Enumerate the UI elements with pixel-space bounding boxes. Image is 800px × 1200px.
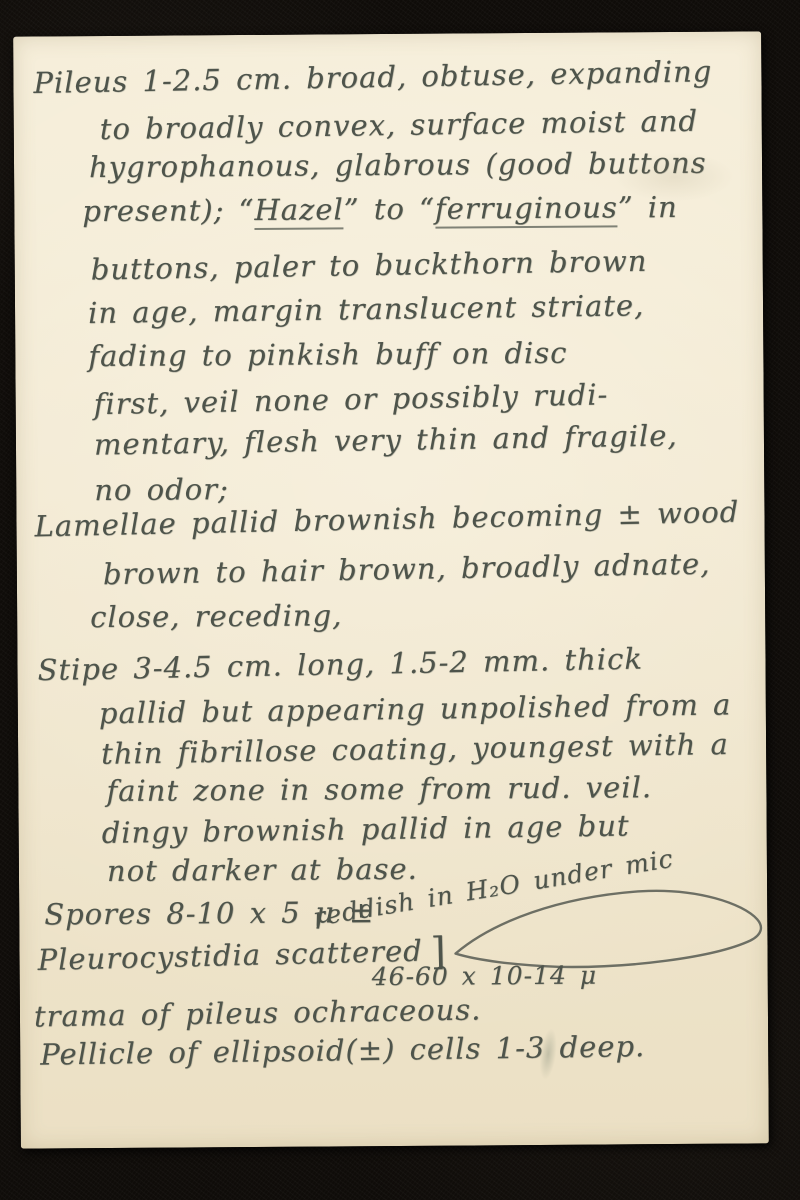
handwritten-line-pileus-7: fading to pinkish buff on disc bbox=[88, 336, 567, 373]
handwritten-line-pileus-3: hygrophanous, glabrous (good buttons bbox=[89, 146, 707, 184]
note-card: Pileus 1-2.5 cm. broad, obtuse, expandin… bbox=[13, 31, 769, 1148]
handwritten-line-pileus-6: in age, margin translucent striate, bbox=[88, 288, 645, 330]
pleurocystidia-text: Pleurocystidia scattered bbox=[37, 934, 423, 977]
handwritten-line-pellicle: Pellicle of ellipsoid(±) cells 1-3 deep. bbox=[40, 1029, 645, 1071]
handwritten-line-lamellae-2: brown to hair brown, broadly adnate, bbox=[103, 547, 711, 592]
handwritten-line-pileus-1: Pileus 1-2.5 cm. broad, obtuse, expandin… bbox=[33, 54, 712, 100]
handwritten-line-stipe-6: not darker at base. bbox=[107, 852, 418, 888]
hazel-underlined: Hazel bbox=[254, 192, 344, 230]
hazel-line-pre: present); “ bbox=[82, 193, 254, 228]
handwritten-line-stipe-4: faint zone in some from rud. veil. bbox=[106, 770, 652, 808]
handwritten-line-stipe-1: Stipe 3-4.5 cm. long, 1.5-2 mm. thick bbox=[37, 642, 643, 688]
handwritten-line-pileus-4: present); “Hazel” to “ferruginous” in bbox=[82, 190, 678, 228]
hazel-line-mid: ” to “ bbox=[344, 192, 435, 227]
handwritten-line-trama: trama of pileus ochraceous. bbox=[34, 992, 482, 1033]
hazel-line-post: ” in bbox=[618, 190, 678, 224]
handwritten-line-stipe-3: thin fibrillose coating, youngest with a bbox=[101, 727, 729, 771]
handwritten-line-pileus-10: no odor; bbox=[94, 472, 229, 507]
ferruginous-underlined: ferruginous bbox=[435, 190, 618, 228]
handwritten-line-cystidia-size: 46-60 x 10-14 μ bbox=[372, 961, 598, 992]
handwritten-line-pileus-9: mentary, flesh very thin and fragile, bbox=[94, 418, 678, 461]
handwritten-line-stipe-5: dingy brownish pallid in age but bbox=[101, 808, 629, 849]
handwritten-line-pileus-8: first, veil none or possibly rudi- bbox=[93, 377, 608, 421]
handwritten-line-pileus-2: to broadly convex, surface moist and bbox=[100, 104, 699, 146]
handwritten-line-stipe-2: pallid but appearing unpolished from a bbox=[99, 687, 732, 730]
handwritten-line-pileus-5: buttons, paler to buckthorn brown bbox=[90, 244, 647, 287]
handwritten-line-lamellae-3: close, receding, bbox=[90, 598, 342, 634]
